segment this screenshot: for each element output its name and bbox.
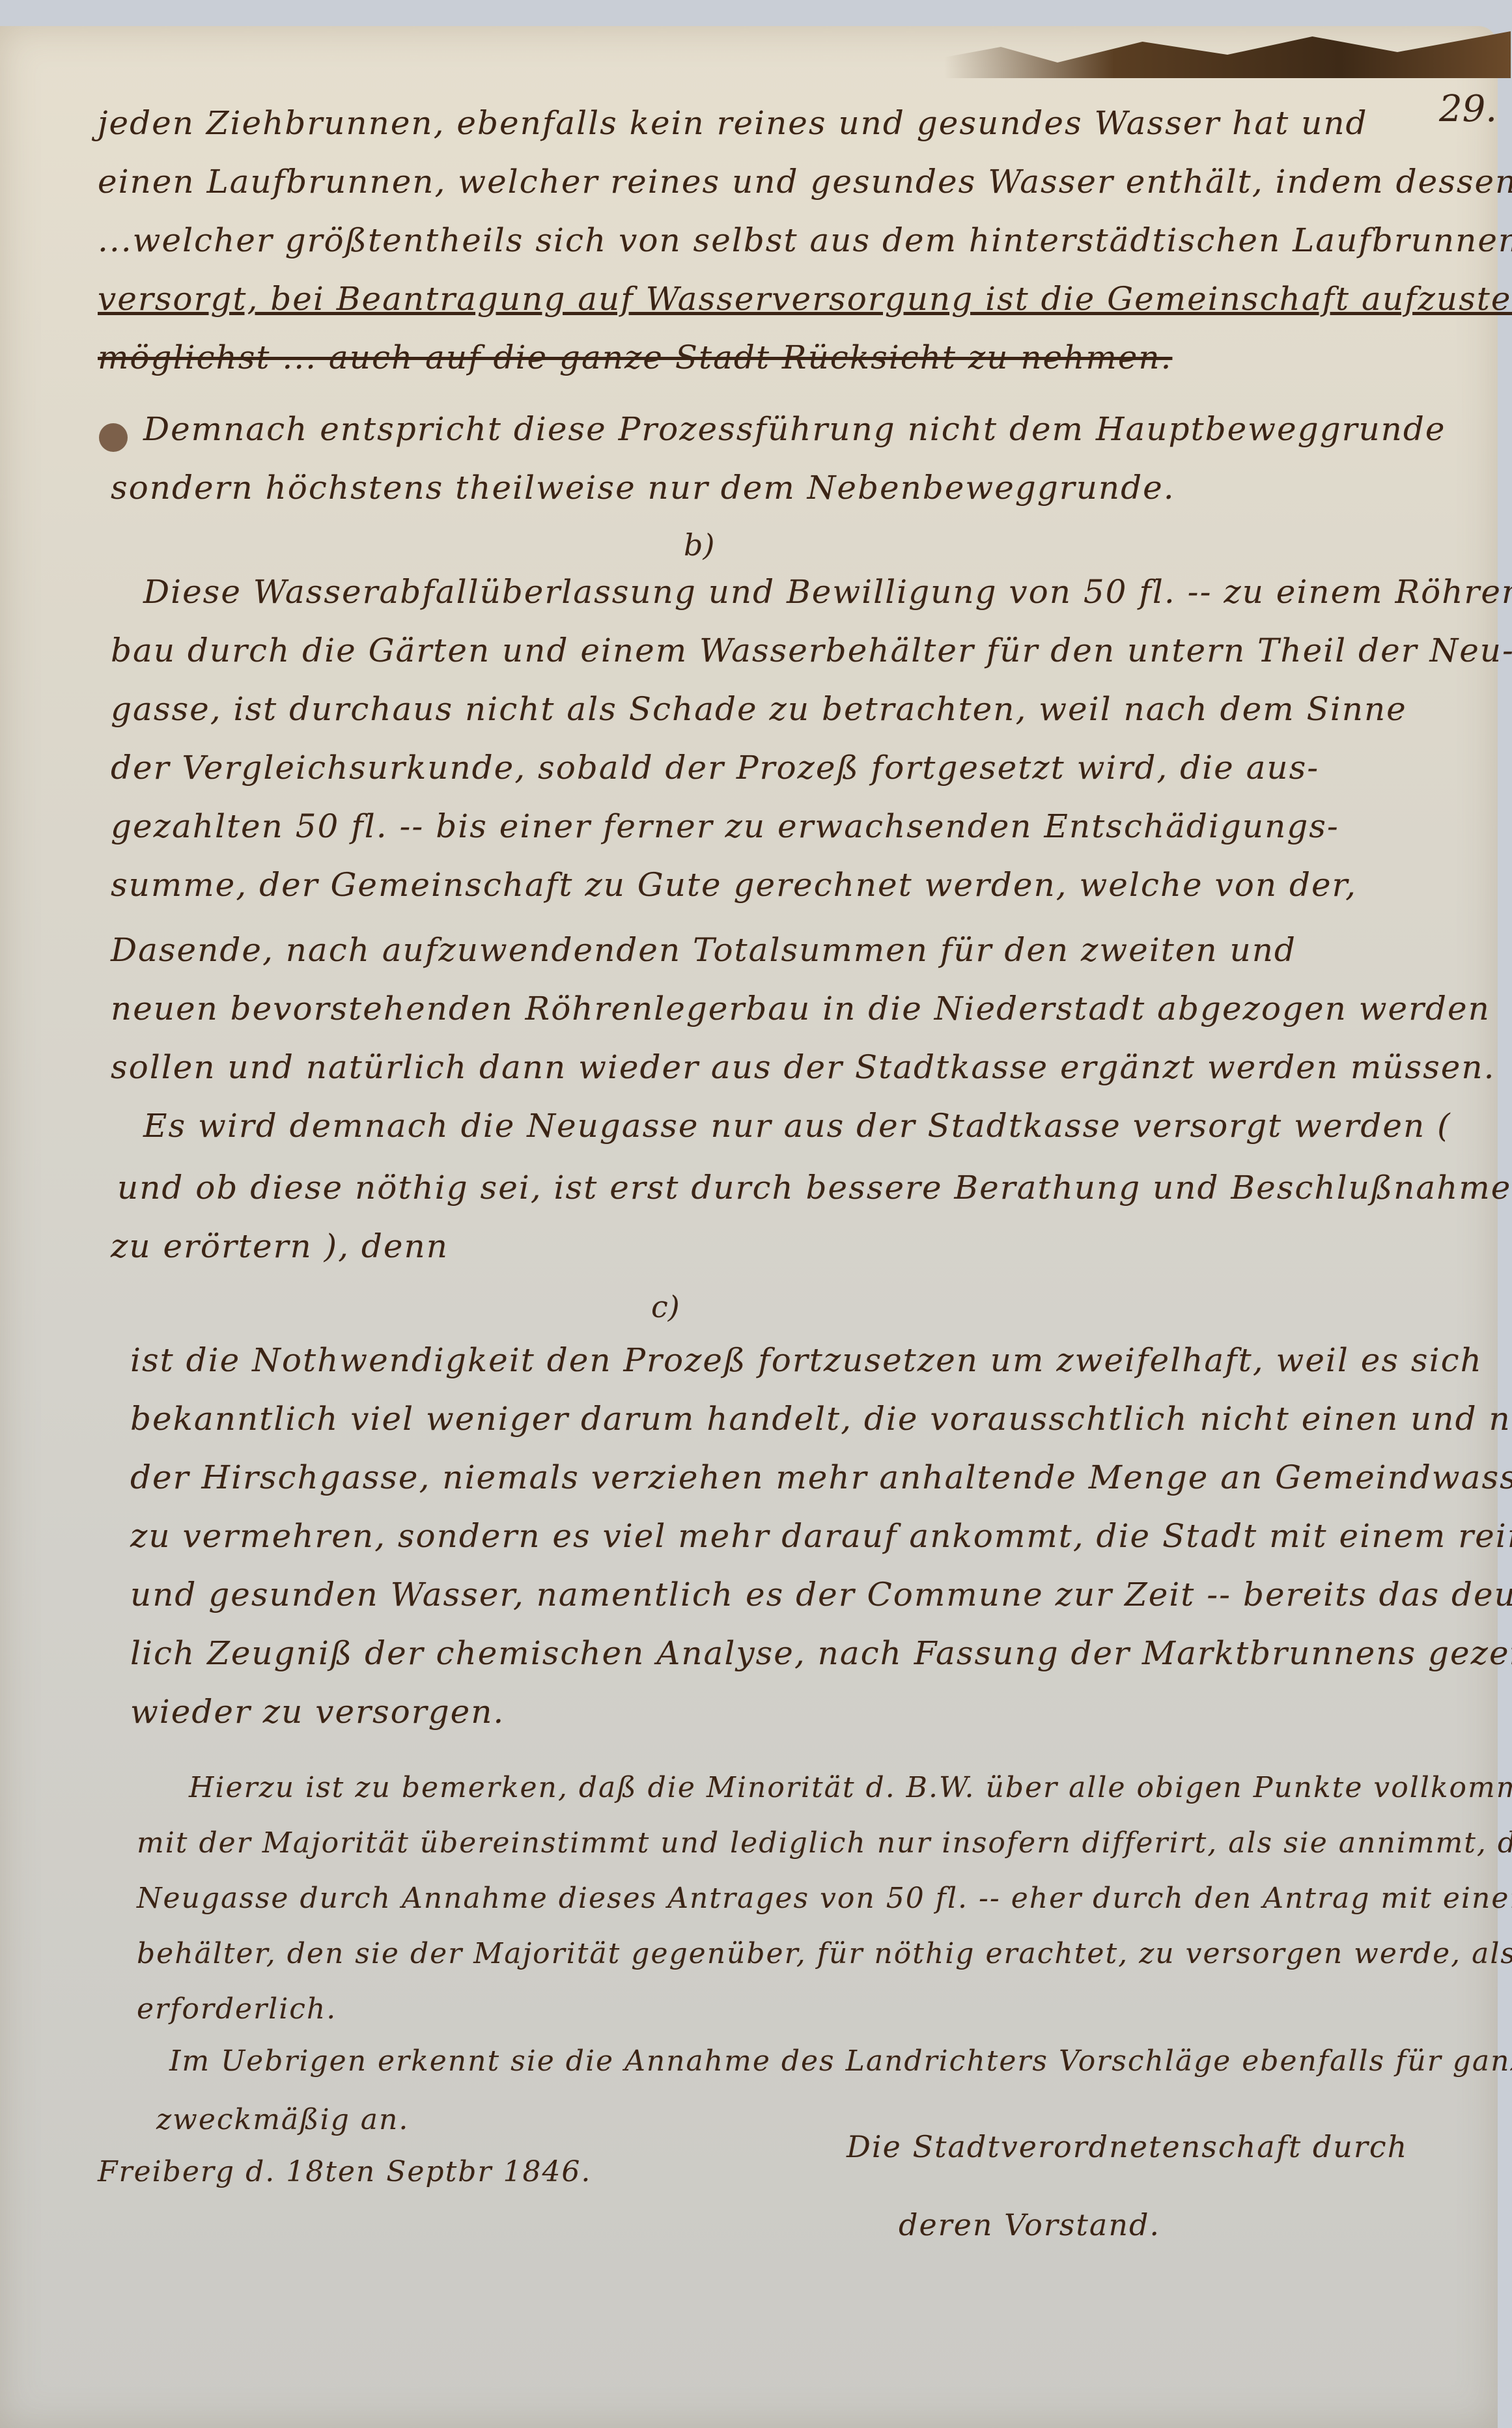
- text-line: sollen und natürlich dann wieder aus der…: [111, 1048, 1495, 1086]
- text-line: und gesunden Wasser, namentlich es der C…: [130, 1576, 1512, 1613]
- text-line-struck: möglichst ... auch auf die ganze Stadt R…: [98, 339, 1172, 376]
- text-line-underlined: versorgt, bei Beantragung auf Wasservers…: [98, 280, 1512, 318]
- text-line: wieder zu versorgen.: [130, 1693, 505, 1731]
- text-line: Hierzu ist zu bemerken, daß die Minoritä…: [189, 1771, 1512, 1804]
- text-line: erforderlich.: [137, 1992, 337, 2026]
- text-line: der Hirschgasse, niemals verziehen mehr …: [130, 1458, 1512, 1496]
- text-line: Dasende, nach aufzuwendenden Totalsummen…: [111, 931, 1296, 969]
- text-line: neuen bevorstehenden Röhrenlegerbau in d…: [111, 990, 1491, 1027]
- signature-line-2: deren Vorstand.: [899, 2207, 1160, 2242]
- text-line: behälter, den sie der Majorität gegenübe…: [137, 1937, 1512, 1970]
- text-line: Es wird demnach die Neugasse nur aus der…: [143, 1107, 1451, 1145]
- text-line: bekanntlich viel weniger darum handelt, …: [130, 1400, 1512, 1438]
- text-line: einen Laufbrunnen, welcher reines und ge…: [98, 163, 1512, 201]
- section-marker-b: b): [684, 527, 714, 563]
- manuscript-page: 29. jeden Ziehbrunnen, ebenfalls kein re…: [0, 26, 1498, 2428]
- text-line: gezahlten 50 fl. -- bis einer ferner zu …: [111, 807, 1339, 845]
- text-line: jeden Ziehbrunnen, ebenfalls kein reines…: [98, 104, 1368, 142]
- signature-line-1: Die Stadtverordnetenschaft durch: [847, 2129, 1408, 2164]
- text-line: ...welcher größtentheils sich von selbst…: [98, 221, 1512, 259]
- text-line: summe, der Gemeinschaft zu Gute gerechne…: [111, 866, 1357, 904]
- text-line: mit der Majorität übereinstimmt und ledi…: [137, 1826, 1512, 1860]
- text-line: bau durch die Gärten und einem Wasserbeh…: [111, 632, 1512, 669]
- text-line: gasse, ist durchaus nicht als Schade zu …: [111, 690, 1407, 728]
- place-date: Freiberg d. 18ten Septbr 1846.: [98, 2155, 591, 2188]
- torn-top-edge: [944, 26, 1511, 78]
- text-line: lich Zeugniß der chemischen Analyse, nac…: [130, 1634, 1512, 1672]
- text-line: Demnach entspricht diese Prozessführung …: [143, 410, 1446, 448]
- text-line: der Vergleichsurkunde, sobald der Prozeß…: [111, 749, 1319, 787]
- text-line: ist die Nothwendigkeit den Prozeß fortzu…: [130, 1341, 1483, 1379]
- page-number: 29.: [1439, 88, 1497, 130]
- section-marker-c: c): [651, 1289, 680, 1324]
- text-line: zu vermehren, sondern es viel mehr darau…: [130, 1517, 1512, 1555]
- text-line: Neugasse durch Annahme dieses Antrages v…: [137, 1882, 1512, 1915]
- text-line: zweckmäßig an.: [156, 2103, 409, 2136]
- text-line: und ob diese nöthig sei, ist erst durch …: [117, 1169, 1511, 1207]
- text-line: sondern höchstens theilweise nur dem Neb…: [111, 469, 1175, 507]
- text-line: zu erörtern ), denn: [111, 1227, 449, 1265]
- ink-stain: [99, 423, 128, 452]
- text-line: Diese Wasserabfallüberlassung und Bewill…: [143, 573, 1512, 611]
- text-line: Im Uebrigen erkennt sie die Annahme des …: [169, 2044, 1512, 2078]
